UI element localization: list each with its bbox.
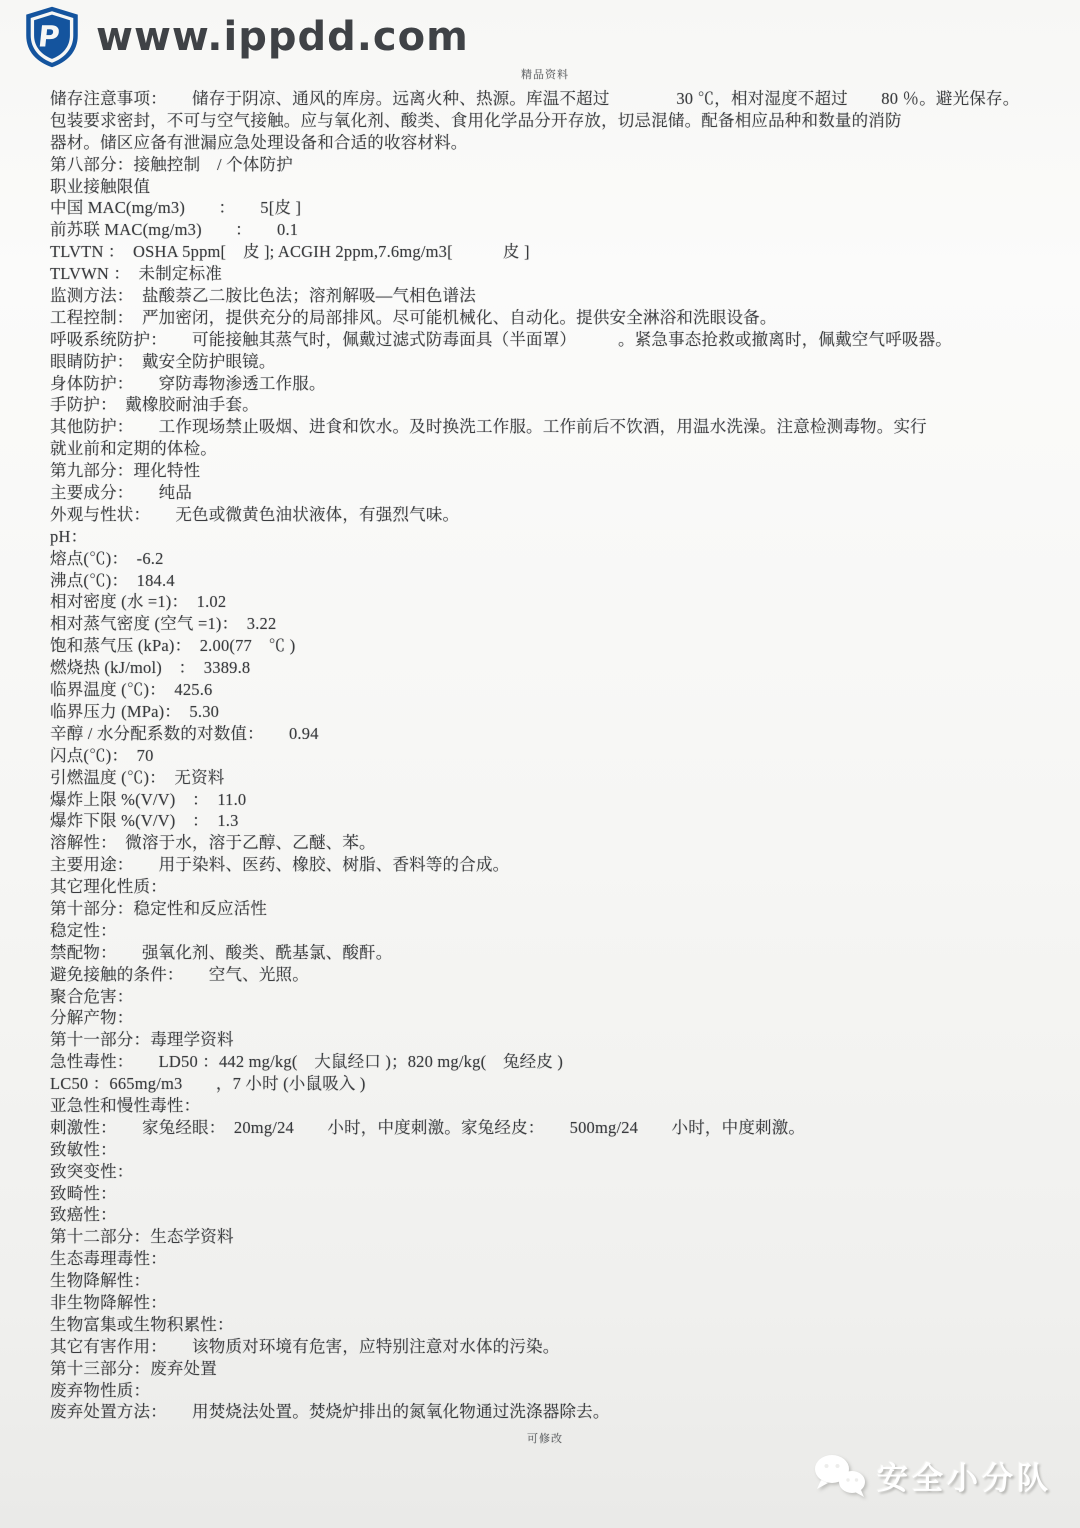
watermark-label: 安全小分队 (877, 1453, 1052, 1498)
document-line: 熔点(℃)： -6.2 (50, 548, 1060, 570)
document-line: 第十部分：稳定性和反应活性 (50, 898, 1060, 920)
document-line: 废弃物性质： (50, 1380, 1060, 1402)
document-line: pH： (50, 526, 1060, 548)
bottom-page-note: 可修改 (50, 1430, 1040, 1446)
document-line: 职业接触限值 (50, 176, 1060, 198)
site-url: www.ippdd.com (96, 6, 469, 68)
document-line: 监测方法： 盐酸萘乙二胺比色法；溶剂解吸—气相色谱法 (50, 285, 1060, 307)
document-line: 溶解性： 微溶于水，溶于乙醇、乙醚、苯。 (50, 832, 1060, 854)
document-line: 生物降解性： (50, 1270, 1060, 1292)
document-line: 工程控制： 严加密闭，提供充分的局部排风。尽可能机械化、自动化。提供安全淋浴和洗… (50, 307, 1060, 329)
document-line: 致畸性： (50, 1183, 1060, 1205)
document-line: 爆炸上限 %(V/V) ： 11.0 (50, 789, 1060, 811)
document-line: 生态毒理毒性： (50, 1248, 1060, 1270)
document-line: 第十一部分：毒理学资料 (50, 1029, 1060, 1051)
document-line: TLVWN ： 未制定标准 (50, 263, 1060, 285)
document-line: 就业前和定期的体检。 (50, 438, 1060, 460)
document-line: 饱和蒸气压 (kPa)： 2.00(77 ℃ ) (50, 635, 1060, 657)
site-header: P www.ippdd.com (24, 6, 469, 68)
document-line: 第十二部分：生态学资料 (50, 1226, 1060, 1248)
document-line: 致突变性： (50, 1161, 1060, 1183)
document-line: 临界温度 (℃)： 425.6 (50, 679, 1060, 701)
document-line: 分解产物： (50, 1007, 1060, 1029)
document-line: 生物富集或生物积累性： (50, 1314, 1060, 1336)
document-line: LC50 ：665mg/m3 ，7 小时 (小鼠吸入 ) (50, 1073, 1060, 1095)
document-line: 相对蒸气密度 (空气 =1)： 3.22 (50, 613, 1060, 635)
document-body: 储存注意事项： 储存于阴凉、通风的库房。远离火种、热源。库温不超过 30 ℃，相… (50, 88, 1060, 1423)
document-line: 燃烧热 (kJ/mol) ： 3389.8 (50, 657, 1060, 679)
document-line: 眼睛防护： 戴安全防护眼镜。 (50, 351, 1060, 373)
document-line: 闪点(℃)： 70 (50, 745, 1060, 767)
document-line: 沸点(℃)： 184.4 (50, 570, 1060, 592)
document-line: 临界压力 (MPa)： 5.30 (50, 701, 1060, 723)
document-line: 避免接触的条件： 空气、光照。 (50, 964, 1060, 986)
shield-p-logo-icon: P (24, 6, 80, 68)
document-line: 中国 MAC(mg/m3) ： 5[皮 ] (50, 197, 1060, 219)
document-line: 致癌性： (50, 1204, 1060, 1226)
document-line: 禁配物： 强氧化剂、酸类、酰基氯、酸酐。 (50, 942, 1060, 964)
document-line: 手防护： 戴橡胶耐油手套。 (50, 394, 1060, 416)
document-line: TLVTN ： OSHA 5ppm[ 皮 ]; ACGIH 2ppm,7.6mg… (50, 241, 1060, 263)
safety-team-watermark: 安全小分队 (811, 1452, 1052, 1498)
document-line: 其它有害作用： 该物质对环境有危害，应特别注意对水体的污染。 (50, 1336, 1060, 1358)
document-line: 其它理化性质： (50, 876, 1060, 898)
document-line: 刺激性： 家兔经眼： 20mg/24 小时，中度刺激。家兔经皮： 500mg/2… (50, 1117, 1060, 1139)
document-line: 引燃温度 (℃)： 无资料 (50, 767, 1060, 789)
document-line: 储存注意事项： 储存于阴凉、通风的库房。远离火种、热源。库温不超过 30 ℃，相… (50, 88, 1060, 110)
document-line: 非生物降解性： (50, 1292, 1060, 1314)
document-line: 急性毒性： LD50 ：442 mg/kg( 大鼠经口 )；820 mg/kg(… (50, 1051, 1060, 1073)
document-line: 呼吸系统防护： 可能接触其蒸气时，佩戴过滤式防毒面具（半面罩） 。紧急事态抢救或… (50, 329, 1060, 351)
document-line: 相对密度 (水 =1)： 1.02 (50, 591, 1060, 613)
document-line: 第八部分：接触控制 / 个体防护 (50, 154, 1060, 176)
document-line: 其他防护： 工作现场禁止吸烟、进食和饮水。及时换洗工作服。工作前后不饮酒，用温水… (50, 416, 1060, 438)
document-line: 第十三部分：废弃处置 (50, 1358, 1060, 1380)
document-line: 主要用途： 用于染料、医药、橡胶、树脂、香料等的合成。 (50, 854, 1060, 876)
document-line: 器材。储区应备有泄漏应急处理设备和合适的收容材料。 (50, 132, 1060, 154)
top-page-note: 精品资料 (50, 66, 1040, 82)
document-line: 爆炸下限 %(V/V) ： 1.3 (50, 810, 1060, 832)
document-line: 聚合危害： (50, 986, 1060, 1008)
document-line: 主要成分： 纯品 (50, 482, 1060, 504)
document-line: 前苏联 MAC(mg/m3) ： 0.1 (50, 219, 1060, 241)
wechat-icon (811, 1452, 867, 1498)
document-line: 身体防护： 穿防毒物渗透工作服。 (50, 373, 1060, 395)
document-line: 稳定性： (50, 920, 1060, 942)
document-line: 包装要求密封，不可与空气接触。应与氧化剂、酸类、食用化学品分开存放，切忌混储。配… (50, 110, 1060, 132)
document-line: 外观与性状： 无色或微黄色油状液体，有强烈气味。 (50, 504, 1060, 526)
document-line: 亚急性和慢性毒性： (50, 1095, 1060, 1117)
svg-text:P: P (36, 20, 61, 54)
document-line: 致敏性： (50, 1139, 1060, 1161)
document-line: 辛醇 / 水分配系数的对数值： 0.94 (50, 723, 1060, 745)
document-line: 第九部分：理化特性 (50, 460, 1060, 482)
document-line: 废弃处置方法： 用焚烧法处置。焚烧炉排出的氮氧化物通过洗涤器除去。 (50, 1401, 1060, 1423)
